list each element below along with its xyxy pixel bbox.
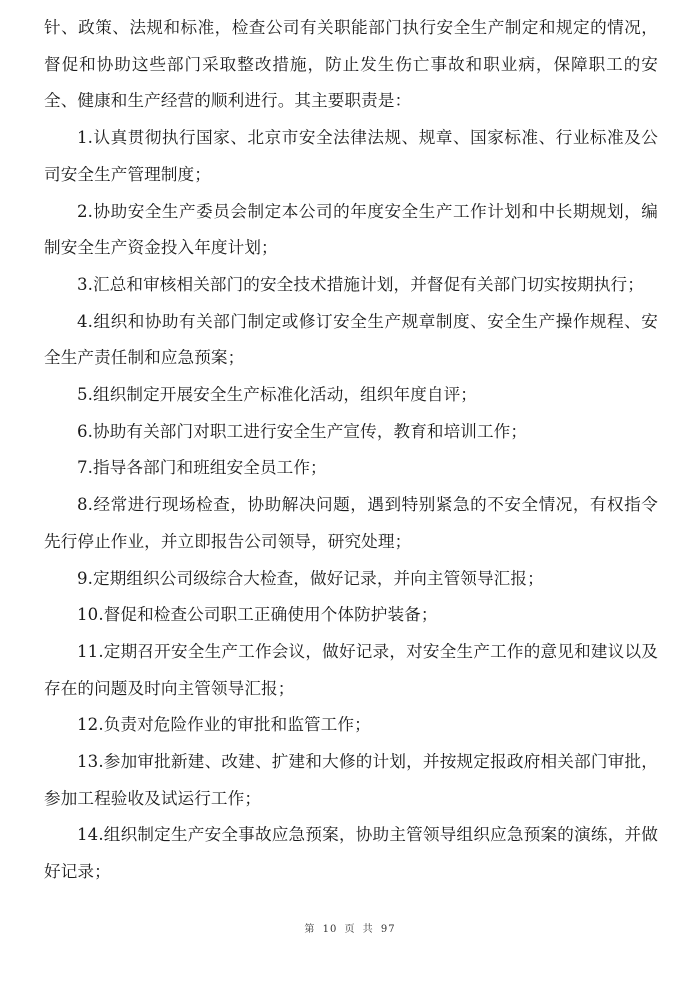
duty-item-1: 1.认真贯彻执行国家、北京市安全法律法规、规章、国家标准、行业标准及公司安全生产… xyxy=(44,120,658,193)
document-page: 针、政策、法规和标准，检查公司有关职能部门执行安全生产制定和规定的情况，督促和协… xyxy=(44,10,658,891)
duty-item-8: 8.经常进行现场检查，协助解决问题，遇到特别紧急的不安全情况，有权指令先行停止作… xyxy=(44,487,658,560)
duty-item-6: 6.协助有关部门对职工进行安全生产宣传，教育和培训工作； xyxy=(44,414,658,451)
duty-item-2: 2.协助安全生产委员会制定本公司的年度安全生产工作计划和中长期规划，编制安全生产… xyxy=(44,194,658,267)
duty-item-4: 4.组织和协助有关部门制定或修订安全生产规章制度、安全生产操作规程、安全生产责任… xyxy=(44,304,658,377)
page-number-footer: 第 10 页 共 97 xyxy=(0,920,700,935)
intro-paragraph: 针、政策、法规和标准，检查公司有关职能部门执行安全生产制定和规定的情况，督促和协… xyxy=(44,10,658,120)
duty-item-9: 9.定期组织公司级综合大检查，做好记录，并向主管领导汇报； xyxy=(44,561,658,598)
duty-item-7: 7.指导各部门和班组安全员工作； xyxy=(44,450,658,487)
duty-item-11: 11.定期召开安全生产工作会议，做好记录，对安全生产工作的意见和建议以及存在的问… xyxy=(44,634,658,707)
duty-item-12: 12.负责对危险作业的审批和监管工作； xyxy=(44,707,658,744)
duty-item-3: 3.汇总和审核相关部门的安全技术措施计划，并督促有关部门切实按期执行； xyxy=(44,267,658,304)
duty-item-10: 10.督促和检查公司职工正确使用个体防护装备； xyxy=(44,597,658,634)
duty-item-5: 5.组织制定开展安全生产标准化活动，组织年度自评； xyxy=(44,377,658,414)
duty-item-14: 14.组织制定生产安全事故应急预案，协助主管领导组织应急预案的演练，并做好记录； xyxy=(44,817,658,890)
duty-item-13: 13.参加审批新建、改建、扩建和大修的计划，并按规定报政府相关部门审批，参加工程… xyxy=(44,744,658,817)
